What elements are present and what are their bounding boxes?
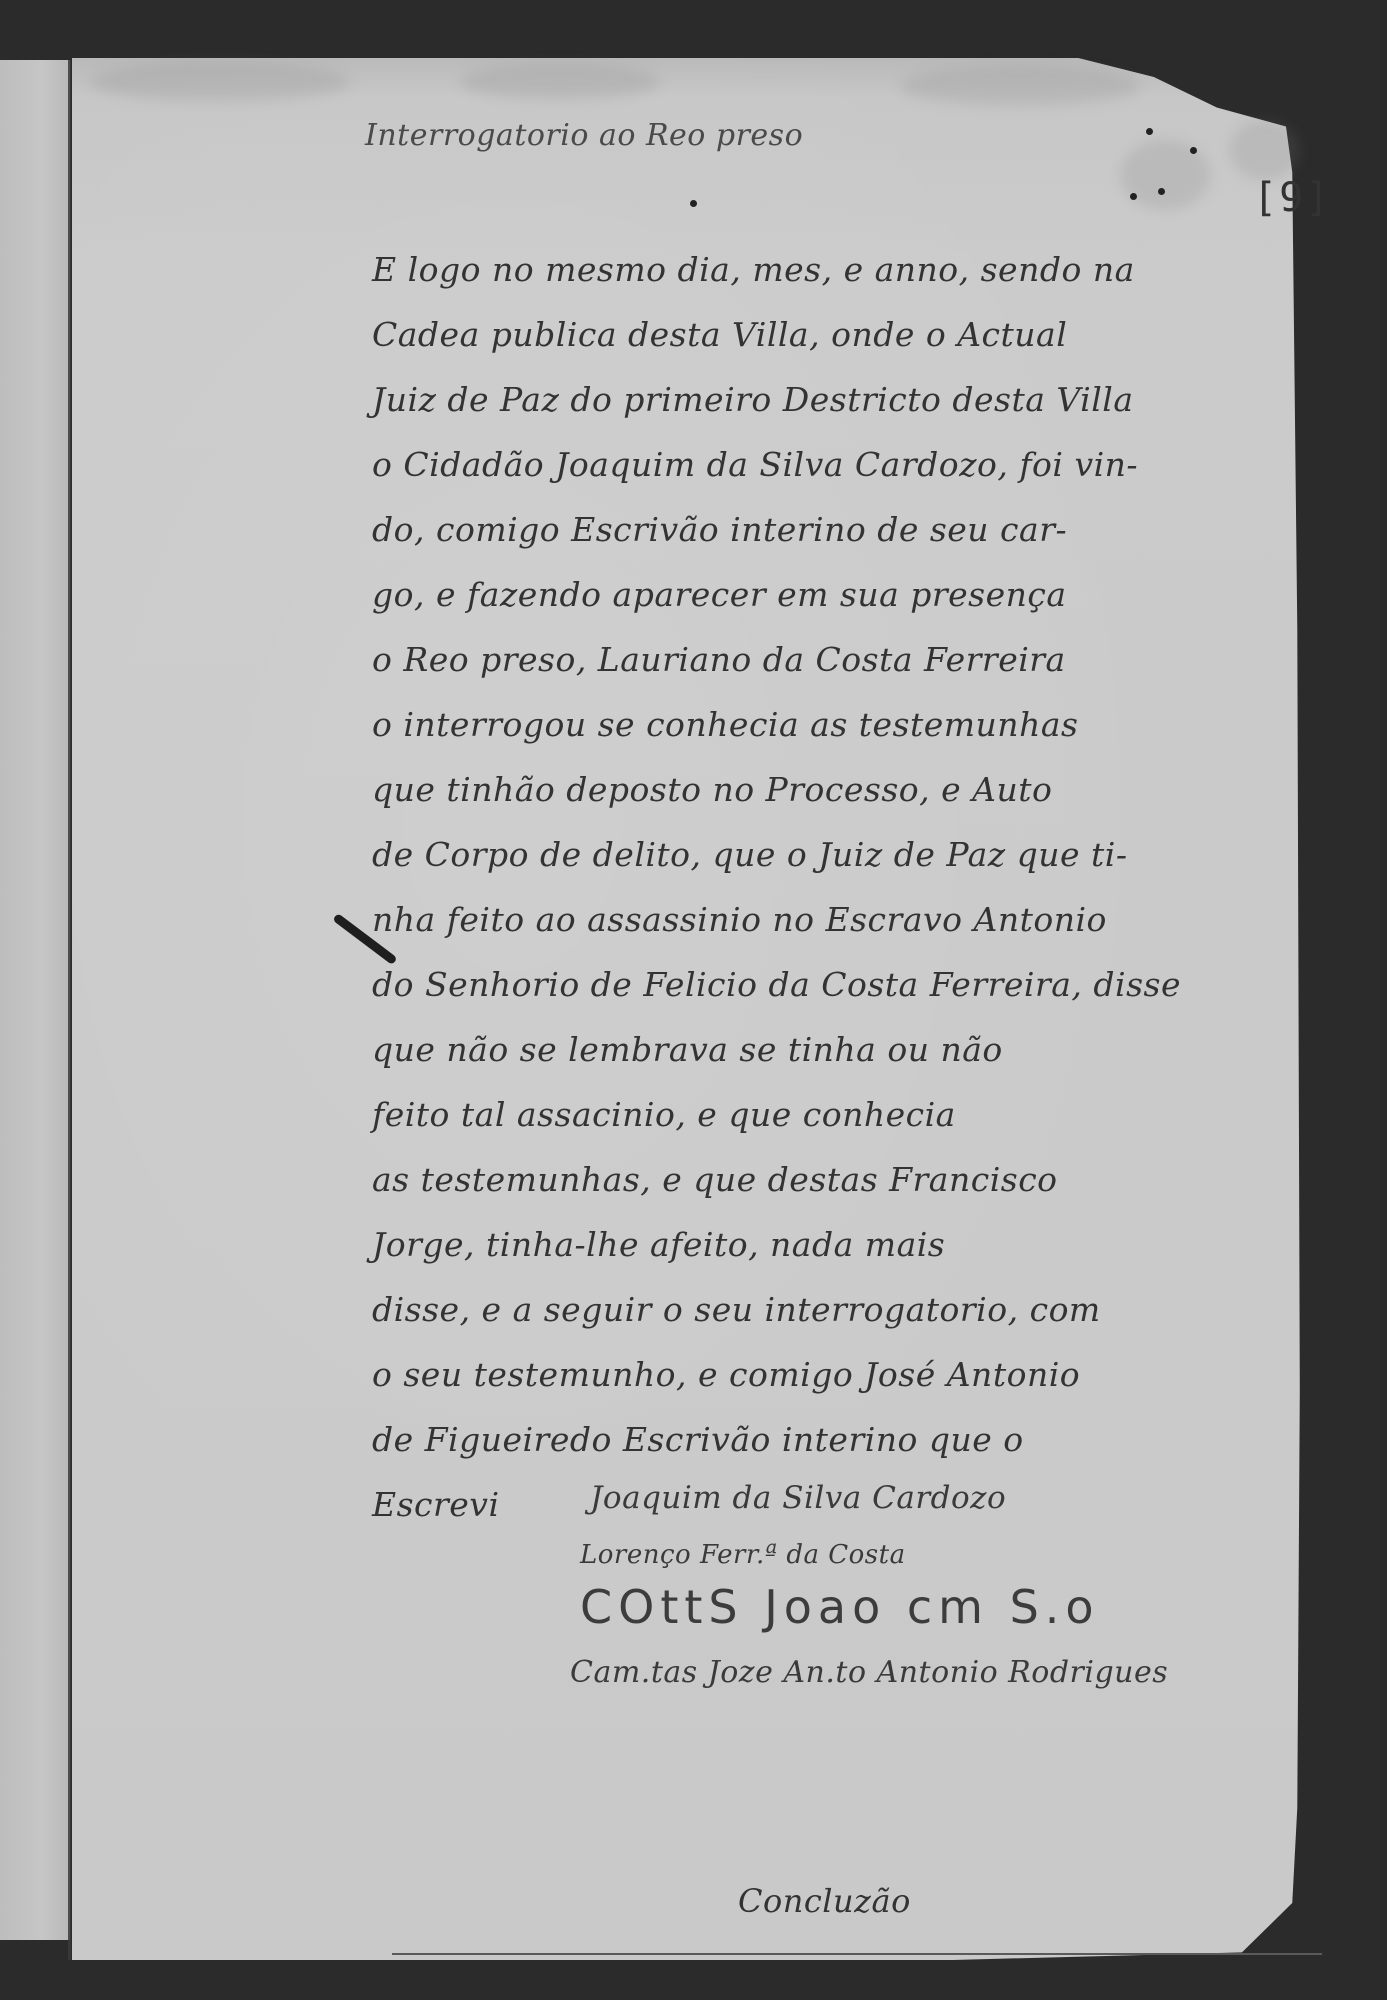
water-stain [90, 62, 350, 102]
water-stain [1230, 120, 1300, 180]
signature-mark: COttS Joao cm S.o [580, 1580, 1100, 1634]
text-line: o seu testemunho, e comigo José Antonio [372, 1355, 1080, 1394]
scanned-document: [9] Interrogatorio ao Reo preso E logo n… [0, 0, 1387, 2000]
text-line: nha feito ao assassinio no Escravo Anton… [372, 900, 1107, 939]
water-stain [460, 64, 660, 100]
text-line: que não se lembrava se tinha ou não [372, 1030, 1003, 1069]
ink-speck [1146, 128, 1153, 135]
page-number: [9] [1253, 175, 1331, 221]
text-line: que tinhão deposto no Processo, e Auto [372, 770, 1052, 809]
text-line: o Reo preso, Lauriano da Costa Ferreira [372, 640, 1066, 679]
text-line: Juiz de Paz do primeiro Destricto desta … [372, 380, 1134, 419]
text-line: de Corpo de delito, que o Juiz de Paz qu… [372, 835, 1127, 874]
text-line: Cadea publica desta Villa, onde o Actual [372, 315, 1067, 354]
text-line: do, comigo Escrivão interino de seu car- [372, 510, 1067, 549]
text-line: disse, e a seguir o seu interrogatorio, … [372, 1290, 1101, 1329]
text-line: E logo no mesmo dia, mes, e anno, sendo … [372, 250, 1135, 289]
text-line: feito tal assacinio, e que conhecia [372, 1095, 956, 1134]
text-line: as testemunhas, e que destas Francisco [372, 1160, 1058, 1199]
signature-clerk: Cam.tas Joze An.to Antonio Rodrigues [570, 1655, 1168, 1690]
page-gutter [68, 60, 71, 1960]
text-line: o interrogou se conhecia as testemunhas [372, 705, 1078, 744]
document-heading: Interrogatorio ao Reo preso [365, 118, 803, 153]
water-stain [900, 66, 1140, 106]
text-line: do Senhorio de Felicio da Costa Ferreira… [372, 965, 1181, 1004]
text-line: go, e fazendo aparecer em sua presença [372, 575, 1067, 614]
facing-page-edge [0, 60, 70, 1940]
ink-speck [1130, 193, 1137, 200]
ink-speck [690, 200, 697, 207]
text-line: Escrevi [372, 1485, 500, 1524]
text-line: o Cidadão Joaquim da Silva Cardozo, foi … [372, 445, 1138, 484]
catchword-rule [392, 1953, 1322, 1955]
signature-witness: Lorenço Ferr.ª da Costa [580, 1540, 906, 1570]
catchword: Concluzão [738, 1882, 911, 1920]
text-line: Jorge, tinha-lhe afeito, nada mais [372, 1225, 945, 1264]
text-line: de Figueiredo Escrivão interino que o [372, 1420, 1024, 1459]
ink-speck [1190, 147, 1197, 154]
ink-speck [1158, 188, 1165, 195]
signature-judge: Joaquim da Silva Cardozo [590, 1480, 1006, 1516]
